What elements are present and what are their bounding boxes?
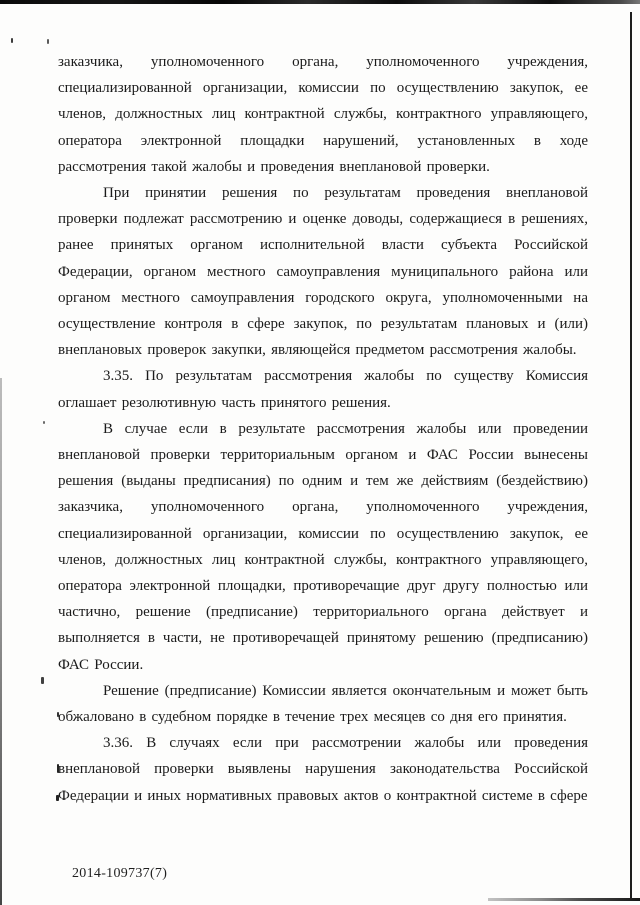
scan-speckle bbox=[41, 677, 44, 684]
document-number: 2014-109737(7) bbox=[72, 866, 167, 882]
scanned-document-page: заказчика, уполномоченного органа, уполн… bbox=[0, 0, 640, 905]
scan-edge-right bbox=[630, 12, 632, 901]
paragraph: В случае если в результате рассмотрения … bbox=[58, 416, 588, 678]
paragraph-clause-3-35: 3.35. По результатам рассмотрения жалобы… bbox=[58, 363, 588, 415]
scan-edge-bottom bbox=[488, 898, 640, 901]
paragraph-clause-3-36: 3.36. В случаях если при рассмотрении жа… bbox=[58, 730, 588, 809]
paragraph-continuation: заказчика, уполномоченного органа, уполн… bbox=[58, 49, 588, 180]
scan-edge-left bbox=[0, 378, 2, 905]
paragraph: Решение (предписание) Комиссии является … bbox=[58, 678, 588, 730]
scan-edge-top bbox=[0, 0, 640, 4]
document-body: заказчика, уполномоченного органа, уполн… bbox=[58, 49, 588, 809]
scan-speckle bbox=[47, 39, 49, 44]
scan-speckle bbox=[11, 38, 13, 43]
paragraph: При принятии решения по результатам пров… bbox=[58, 180, 588, 363]
scan-speckle bbox=[43, 421, 45, 424]
